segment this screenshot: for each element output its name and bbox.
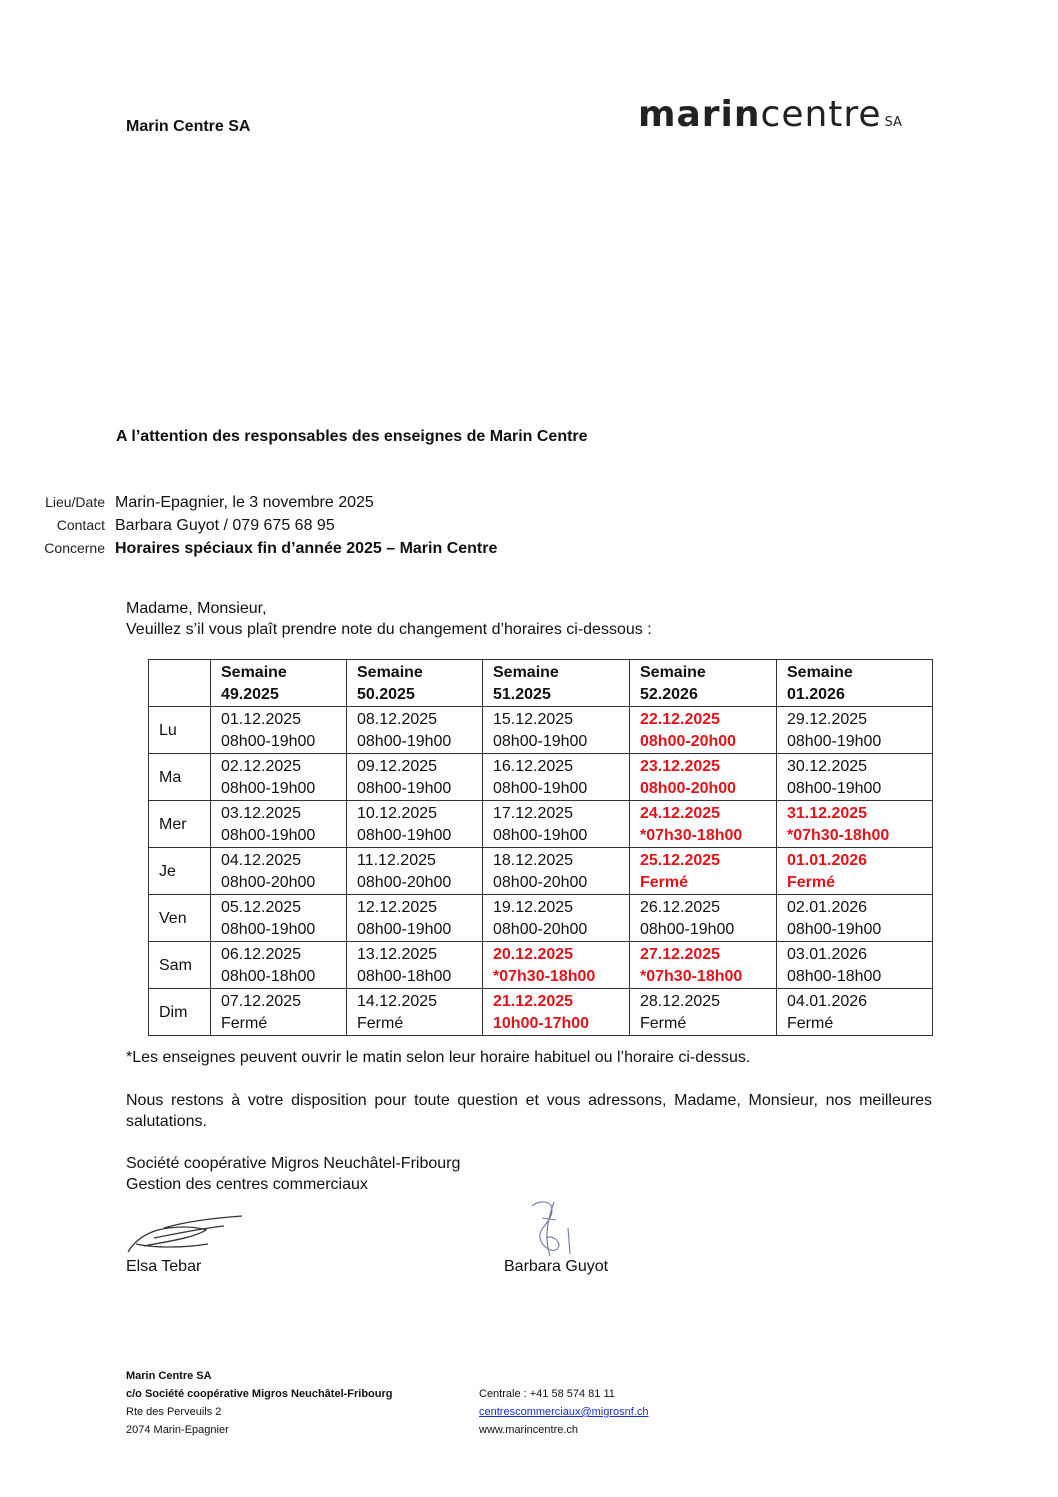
cell-hours: 08h00-19h00 xyxy=(493,731,619,753)
marincentre-logo: marincentreSA xyxy=(638,94,902,135)
cell-hours: Fermé xyxy=(357,1013,472,1035)
schedule-cell: 10.12.202508h00-19h00 xyxy=(347,801,483,848)
cell-hours: 08h00-19h00 xyxy=(357,825,472,847)
table-row: Ven05.12.202508h00-19h0012.12.202508h00-… xyxy=(149,895,933,942)
letter-meta: Lieu/Date Marin-Epagnier, le 3 novembre … xyxy=(20,494,497,563)
cell-date: 24.12.2025 xyxy=(640,803,766,825)
cell-date: 26.12.2025 xyxy=(640,897,766,919)
intro-text: Veuillez s’il vous plaît prendre note du… xyxy=(126,619,652,640)
cell-date: 15.12.2025 xyxy=(493,709,619,731)
footer-care-of: c/o Société coopérative Migros Neuchâtel… xyxy=(126,1385,393,1403)
table-row: Mer03.12.202508h00-19h0010.12.202508h00-… xyxy=(149,801,933,848)
footer-phone: Centrale : +41 58 574 81 11 xyxy=(479,1385,649,1403)
cell-date: 29.12.2025 xyxy=(787,709,922,731)
day-label: Ma xyxy=(149,754,211,801)
schedule-cell: 04.12.202508h00-20h00 xyxy=(211,848,347,895)
meta-value: Marin-Epagnier, le 3 novembre 2025 xyxy=(115,494,374,512)
cell-date: 30.12.2025 xyxy=(787,756,922,778)
meta-row-contact: Contact Barbara Guyot / 079 675 68 95 xyxy=(20,517,497,540)
cell-hours: 08h00-20h00 xyxy=(640,778,766,800)
cell-date: 02.01.2026 xyxy=(787,897,922,919)
meta-row-date: Lieu/Date Marin-Epagnier, le 3 novembre … xyxy=(20,494,497,517)
day-label: Dim xyxy=(149,989,211,1036)
logo-part-marin: marin xyxy=(638,94,761,135)
footer-website: www.marincentre.ch xyxy=(479,1421,649,1439)
week-label: Semaine xyxy=(640,662,766,684)
cell-hours: 08h00-19h00 xyxy=(357,778,472,800)
schedule-cell: 01.12.202508h00-19h00 xyxy=(211,707,347,754)
cell-date: 18.12.2025 xyxy=(493,850,619,872)
subject-value: Horaires spéciaux fin d’année 2025 – Mar… xyxy=(115,540,497,558)
week-header: Semaine01.2026 xyxy=(777,660,933,707)
cell-hours: Fermé xyxy=(787,1013,922,1035)
cell-date: 03.12.2025 xyxy=(221,803,336,825)
salutation: Madame, Monsieur, xyxy=(126,598,652,619)
cell-date: 04.01.2026 xyxy=(787,991,922,1013)
signatory-name: Barbara Guyot xyxy=(504,1258,608,1276)
table-row: Dim07.12.2025Fermé14.12.2025Fermé21.12.2… xyxy=(149,989,933,1036)
schedule-cell-special: 23.12.202508h00-20h00 xyxy=(630,754,777,801)
schedule-cell-special: 31.12.2025*07h30-18h00 xyxy=(777,801,933,848)
cell-hours: *07h30-18h00 xyxy=(640,825,766,847)
cell-date: 01.01.2026 xyxy=(787,850,922,872)
week-header: Semaine51.2025 xyxy=(483,660,630,707)
cell-hours: 08h00-19h00 xyxy=(787,778,922,800)
footer-street: Rte des Perveuils 2 xyxy=(126,1403,393,1421)
schedule-cell: 03.01.202608h00-18h00 xyxy=(777,942,933,989)
cell-hours: Fermé xyxy=(640,872,766,894)
sender-name: Marin Centre SA xyxy=(126,118,250,136)
schedule-cell: 28.12.2025Fermé xyxy=(630,989,777,1036)
schedule-cell-special: 24.12.2025*07h30-18h00 xyxy=(630,801,777,848)
cell-hours: 08h00-19h00 xyxy=(640,919,766,941)
schedule-cell-special: 27.12.2025*07h30-18h00 xyxy=(630,942,777,989)
table-header-row: Semaine49.2025Semaine50.2025Semaine51.20… xyxy=(149,660,933,707)
signature-barbara-guyot-icon xyxy=(524,1198,584,1260)
cell-date: 03.01.2026 xyxy=(787,944,922,966)
cell-date: 10.12.2025 xyxy=(357,803,472,825)
cell-date: 27.12.2025 xyxy=(640,944,766,966)
meta-value: Barbara Guyot / 079 675 68 95 xyxy=(115,517,335,535)
cell-hours: 08h00-19h00 xyxy=(493,778,619,800)
schedule-cell-special: 22.12.202508h00-20h00 xyxy=(630,707,777,754)
cell-hours: 08h00-19h00 xyxy=(357,919,472,941)
meta-label: Lieu/Date xyxy=(20,494,115,510)
cell-hours: 08h00-18h00 xyxy=(357,966,472,988)
schedule-cell: 18.12.202508h00-20h00 xyxy=(483,848,630,895)
footer-contact: Centrale : +41 58 574 81 11 centrescomme… xyxy=(479,1385,649,1439)
schedule-cell: 13.12.202508h00-18h00 xyxy=(347,942,483,989)
cell-hours: 08h00-19h00 xyxy=(221,825,336,847)
cell-date: 05.12.2025 xyxy=(221,897,336,919)
cell-hours: 08h00-19h00 xyxy=(221,731,336,753)
cell-date: 08.12.2025 xyxy=(357,709,472,731)
schedule-cell-special: 20.12.2025*07h30-18h00 xyxy=(483,942,630,989)
organization-block: Société coopérative Migros Neuchâtel-Fri… xyxy=(126,1153,460,1195)
schedule-cell: 14.12.2025Fermé xyxy=(347,989,483,1036)
week-number: 49.2025 xyxy=(221,684,336,706)
schedule-cell: 15.12.202508h00-19h00 xyxy=(483,707,630,754)
cell-hours: *07h30-18h00 xyxy=(787,825,922,847)
cell-hours: 08h00-20h00 xyxy=(640,731,766,753)
cell-date: 01.12.2025 xyxy=(221,709,336,731)
table-row: Sam06.12.202508h00-18h0013.12.202508h00-… xyxy=(149,942,933,989)
cell-hours: Fermé xyxy=(221,1013,336,1035)
schedule-cell: 11.12.202508h00-20h00 xyxy=(347,848,483,895)
week-number: 52.2026 xyxy=(640,684,766,706)
day-label: Ven xyxy=(149,895,211,942)
schedule-cell: 26.12.202508h00-19h00 xyxy=(630,895,777,942)
schedule-cell: 05.12.202508h00-19h00 xyxy=(211,895,347,942)
cell-date: 21.12.2025 xyxy=(493,991,619,1013)
schedule-cell: 17.12.202508h00-19h00 xyxy=(483,801,630,848)
meta-label: Concerne xyxy=(20,540,115,556)
cell-hours: *07h30-18h00 xyxy=(640,966,766,988)
table-row: Lu01.12.202508h00-19h0008.12.202508h00-1… xyxy=(149,707,933,754)
signatory-name: Elsa Tebar xyxy=(126,1258,201,1276)
cell-date: 02.12.2025 xyxy=(221,756,336,778)
cell-hours: 08h00-18h00 xyxy=(221,966,336,988)
organization-dept: Gestion des centres commerciaux xyxy=(126,1174,460,1195)
cell-date: 28.12.2025 xyxy=(640,991,766,1013)
cell-date: 31.12.2025 xyxy=(787,803,922,825)
closing-paragraph: Nous restons à votre disposition pour to… xyxy=(126,1090,932,1132)
cell-hours: 08h00-19h00 xyxy=(493,825,619,847)
day-label: Mer xyxy=(149,801,211,848)
footer-company: Marin Centre SA xyxy=(126,1367,393,1385)
cell-hours: 08h00-19h00 xyxy=(357,731,472,753)
schedule-cell: 03.12.202508h00-19h00 xyxy=(211,801,347,848)
week-header: Semaine49.2025 xyxy=(211,660,347,707)
cell-date: 25.12.2025 xyxy=(640,850,766,872)
day-label: Je xyxy=(149,848,211,895)
footer-address: Marin Centre SA c/o Société coopérative … xyxy=(126,1367,393,1439)
week-label: Semaine xyxy=(787,662,922,684)
cell-hours: Fermé xyxy=(787,872,922,894)
cell-hours: *07h30-18h00 xyxy=(493,966,619,988)
cell-hours: 08h00-20h00 xyxy=(357,872,472,894)
schedule-cell: 07.12.2025Fermé xyxy=(211,989,347,1036)
week-number: 50.2025 xyxy=(357,684,472,706)
logo-suffix: SA xyxy=(885,115,902,130)
cell-date: 22.12.2025 xyxy=(640,709,766,731)
cell-date: 06.12.2025 xyxy=(221,944,336,966)
footnote: *Les enseignes peuvent ouvrir le matin s… xyxy=(126,1049,750,1067)
schedule-cell: 29.12.202508h00-19h00 xyxy=(777,707,933,754)
logo-part-centre: centre xyxy=(761,94,882,135)
cell-date: 14.12.2025 xyxy=(357,991,472,1013)
week-number: 51.2025 xyxy=(493,684,619,706)
cell-date: 13.12.2025 xyxy=(357,944,472,966)
cell-date: 16.12.2025 xyxy=(493,756,619,778)
day-label: Sam xyxy=(149,942,211,989)
schedule-cell: 12.12.202508h00-19h00 xyxy=(347,895,483,942)
cell-date: 12.12.2025 xyxy=(357,897,472,919)
week-label: Semaine xyxy=(357,662,472,684)
cell-hours: 08h00-18h00 xyxy=(787,966,922,988)
schedule-cell: 06.12.202508h00-18h00 xyxy=(211,942,347,989)
signature-elsa-tebar-icon xyxy=(124,1212,248,1256)
week-number: 01.2026 xyxy=(787,684,922,706)
greeting: Madame, Monsieur, Veuillez s’il vous pla… xyxy=(126,598,652,640)
schedule-cell: 08.12.202508h00-19h00 xyxy=(347,707,483,754)
cell-date: 20.12.2025 xyxy=(493,944,619,966)
schedule-cell: 16.12.202508h00-19h00 xyxy=(483,754,630,801)
week-label: Semaine xyxy=(221,662,336,684)
week-header: Semaine52.2026 xyxy=(630,660,777,707)
footer-email-link[interactable]: centrescommerciaux@migrosnf.ch xyxy=(479,1406,649,1418)
cell-hours: 10h00-17h00 xyxy=(493,1013,619,1035)
day-label: Lu xyxy=(149,707,211,754)
attention-line: A l’attention des responsables des ensei… xyxy=(116,428,588,446)
cell-hours: 08h00-19h00 xyxy=(787,919,922,941)
corner-cell xyxy=(149,660,211,707)
cell-date: 19.12.2025 xyxy=(493,897,619,919)
schedule-cell-special: 25.12.2025Fermé xyxy=(630,848,777,895)
meta-label: Contact xyxy=(20,517,115,533)
cell-hours: 08h00-20h00 xyxy=(221,872,336,894)
cell-hours: 08h00-20h00 xyxy=(493,919,619,941)
table-row: Je04.12.202508h00-20h0011.12.202508h00-2… xyxy=(149,848,933,895)
schedule-cell-special: 01.01.2026Fermé xyxy=(777,848,933,895)
cell-date: 23.12.2025 xyxy=(640,756,766,778)
schedule-cell-special: 21.12.202510h00-17h00 xyxy=(483,989,630,1036)
opening-hours-table: Semaine49.2025Semaine50.2025Semaine51.20… xyxy=(148,659,933,1036)
schedule-cell: 04.01.2026Fermé xyxy=(777,989,933,1036)
meta-row-subject: Concerne Horaires spéciaux fin d’année 2… xyxy=(20,540,497,563)
schedule-cell: 30.12.202508h00-19h00 xyxy=(777,754,933,801)
table-row: Ma02.12.202508h00-19h0009.12.202508h00-1… xyxy=(149,754,933,801)
cell-hours: 08h00-19h00 xyxy=(787,731,922,753)
week-header: Semaine50.2025 xyxy=(347,660,483,707)
footer-city: 2074 Marin-Epagnier xyxy=(126,1421,393,1439)
cell-hours: 08h00-19h00 xyxy=(221,919,336,941)
cell-date: 17.12.2025 xyxy=(493,803,619,825)
cell-hours: 08h00-20h00 xyxy=(493,872,619,894)
schedule-cell: 19.12.202508h00-20h00 xyxy=(483,895,630,942)
schedule-cell: 02.12.202508h00-19h00 xyxy=(211,754,347,801)
cell-date: 11.12.2025 xyxy=(357,850,472,872)
cell-date: 09.12.2025 xyxy=(357,756,472,778)
organization-name: Société coopérative Migros Neuchâtel-Fri… xyxy=(126,1153,460,1174)
cell-date: 07.12.2025 xyxy=(221,991,336,1013)
week-label: Semaine xyxy=(493,662,619,684)
schedule-cell: 02.01.202608h00-19h00 xyxy=(777,895,933,942)
cell-date: 04.12.2025 xyxy=(221,850,336,872)
cell-hours: Fermé xyxy=(640,1013,766,1035)
cell-hours: 08h00-19h00 xyxy=(221,778,336,800)
schedule-cell: 09.12.202508h00-19h00 xyxy=(347,754,483,801)
